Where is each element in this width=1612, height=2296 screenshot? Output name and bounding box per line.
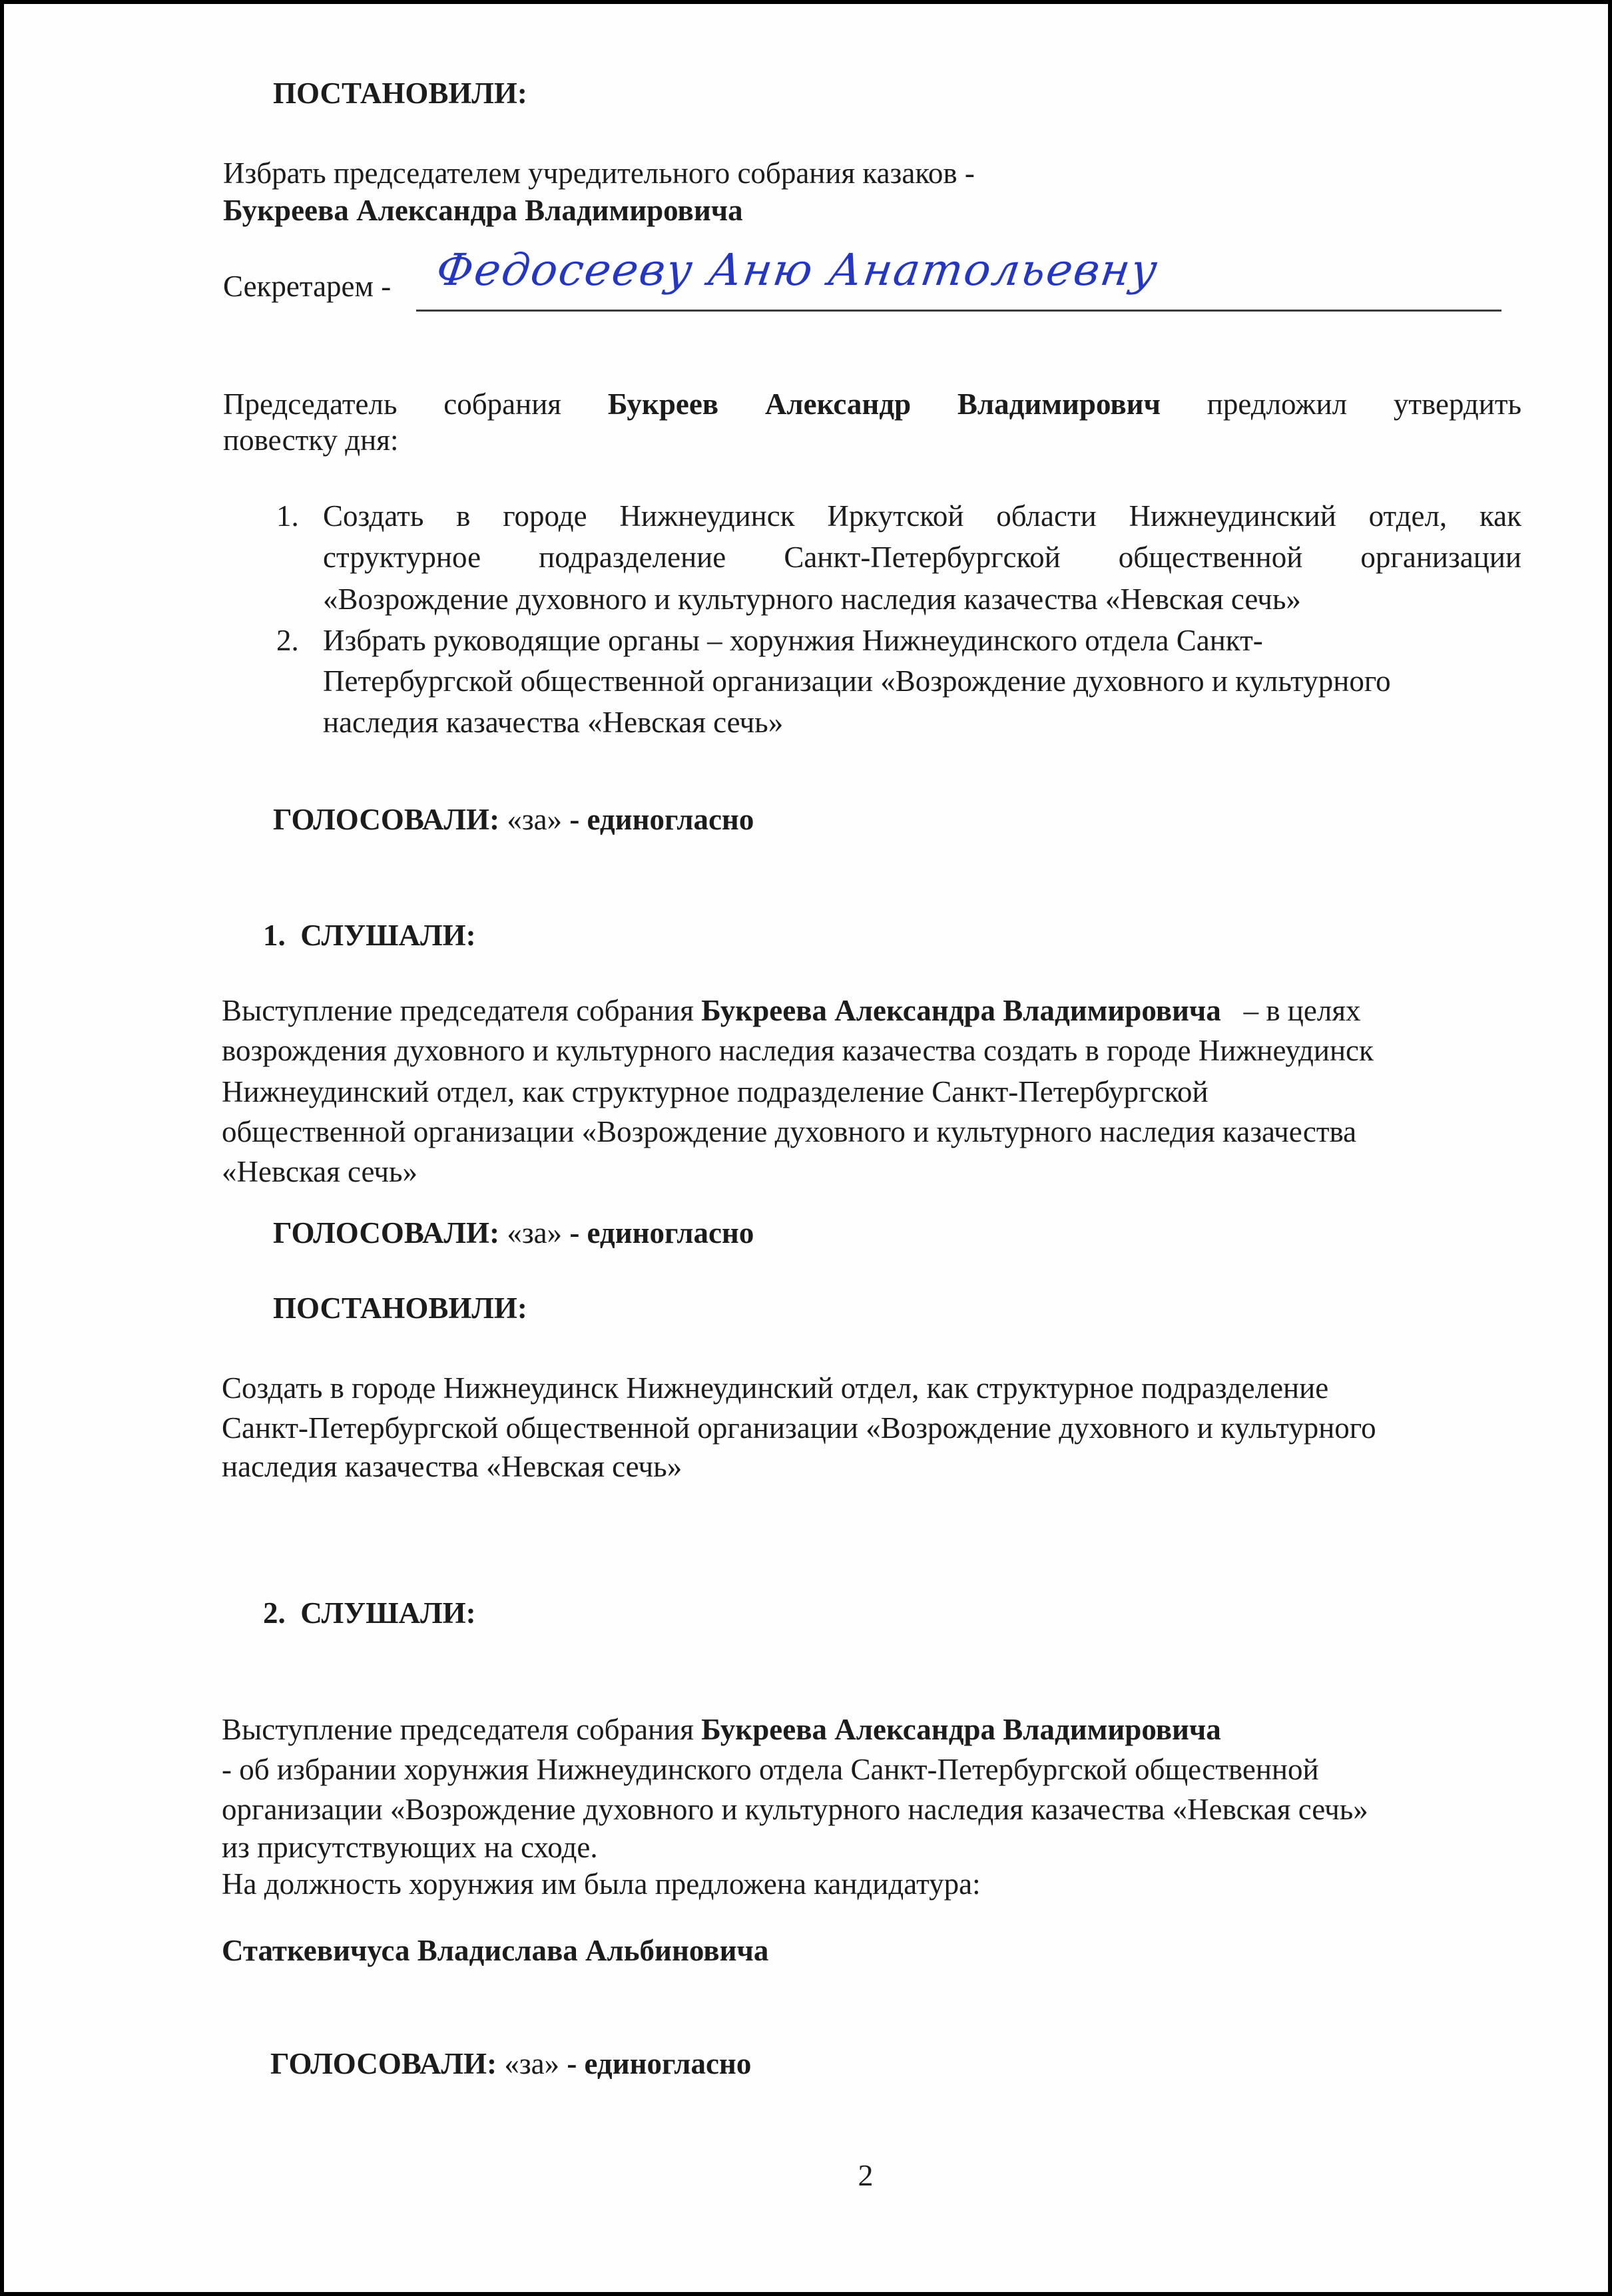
agenda-intro-line1: Председатель собрания Букреев Александр … <box>223 385 1521 423</box>
vote-quote: «за» <box>504 2047 559 2080</box>
section-1-speech-line: Нижнеудинский отдел, как структурное под… <box>222 1073 1209 1110</box>
document-page: ПОСТАНОВИЛИ: Избрать председателем учред… <box>4 4 1608 2292</box>
section-1-resolution-line: Создать в городе Нижнеудинск Нижнеудинск… <box>222 1369 1328 1407</box>
vote-result: - единогласно <box>569 803 754 836</box>
section-1-speech-line: возрождения духовного и культурного насл… <box>222 1032 1374 1069</box>
vote-agenda: ГОЛОСОВАЛИ: «за» - единогласно <box>273 801 754 838</box>
section-1-title: СЛУШАЛИ: <box>300 919 475 952</box>
agenda-item-line: «Возрождение духовного и культурного нас… <box>323 580 1301 618</box>
signature-underline <box>416 310 1501 312</box>
agenda-item-line: структурное подразделение Санкт-Петербур… <box>323 539 1521 576</box>
speech-speaker: Букреева Александра Владимировича <box>701 1713 1221 1746</box>
vote-result: - единогласно <box>567 2047 751 2080</box>
chairman-name: Букреева Александра Владимировича <box>223 192 743 229</box>
agenda-item-number: 2. <box>276 622 299 659</box>
agenda-item-line: Петербургской общественной организации «… <box>323 662 1391 700</box>
resolution-heading: ПОСТАНОВИЛИ: <box>273 75 527 112</box>
vote-label: ГОЛОСОВАЛИ: <box>270 2047 497 2080</box>
section-2-speech-line: На должность хорунжия им была предложена… <box>222 1865 981 1903</box>
speech-suffix: – в целях <box>1244 994 1361 1027</box>
section-1-speech-line: общественной организации «Возрождение ду… <box>222 1113 1356 1150</box>
section-2-vote: ГОЛОСОВАЛИ: «за» - единогласно <box>270 2045 751 2082</box>
section-2-speech-line: организации «Возрождение духовного и кул… <box>222 1791 1368 1828</box>
vote-label: ГОЛОСОВАЛИ: <box>273 803 499 836</box>
agenda-item-line: наследия казачества «Невская сечь» <box>323 704 783 741</box>
candidate-name: Статкевичуса Владислава Альбиновича <box>222 1932 768 1969</box>
section-2-number: 2. <box>263 1596 286 1630</box>
section-2-title: СЛУШАЛИ: <box>300 1596 475 1630</box>
agenda-item-line: Создать в городе Нижнеудинск Иркутской о… <box>323 497 1521 535</box>
section-1-speech-line: «Невская сечь» <box>222 1153 417 1190</box>
page-number: 2 <box>839 2157 892 2194</box>
section-1-vote: ГОЛОСОВАЛИ: «за» - единогласно <box>273 1214 754 1252</box>
section-1-speech-line1: Выступление председателя собрания Букрее… <box>222 992 1361 1029</box>
section-2-speech-line: - об избрании хорунжия Нижнеудинского от… <box>222 1751 1319 1788</box>
agenda-intro-prefix: Председатель собрания <box>223 387 561 421</box>
vote-quote: «за» <box>507 1216 562 1250</box>
speech-speaker: Букреева Александра Владимировича <box>701 994 1221 1027</box>
agenda-intro-name: Букреев Александр Владимирович <box>608 387 1161 421</box>
vote-result: - единогласно <box>569 1216 754 1250</box>
vote-quote: «за» <box>507 803 562 836</box>
section-1-resolution-line: наследия казачества «Невская сечь» <box>222 1448 682 1485</box>
section-2-speech-line1: Выступление председателя собрания Букрее… <box>222 1711 1221 1748</box>
section-1-resolution-heading: ПОСТАНОВИЛИ: <box>273 1289 527 1327</box>
section-2-heading: 2. СЛУШАЛИ: <box>263 1594 476 1632</box>
secretary-label: Секретарем - <box>223 268 391 305</box>
section-1-number: 1. <box>263 919 286 952</box>
section-1-heading: 1. СЛУШАЛИ: <box>263 917 476 954</box>
agenda-intro-line2: повестку дня: <box>223 421 398 459</box>
vote-label: ГОЛОСОВАЛИ: <box>273 1216 499 1250</box>
section-1-resolution-line: Санкт-Петербургской общественной организ… <box>222 1409 1376 1447</box>
speech-prefix: Выступление председателя собрания <box>222 994 694 1027</box>
chairman-election-text: Избрать председателем учредительного соб… <box>223 154 975 192</box>
section-2-speech-line: из присутствующих на сходе. <box>222 1829 598 1866</box>
speech-prefix: Выступление председателя собрания <box>222 1713 694 1746</box>
agenda-item-line: Избрать руководящие органы – хорунжия Ни… <box>323 622 1263 659</box>
agenda-item-number: 1. <box>276 497 299 535</box>
secretary-handwritten-name: Федосееву Аню Анатольевну <box>433 244 1161 297</box>
agenda-intro-suffix: предложил утвердить <box>1207 387 1521 421</box>
